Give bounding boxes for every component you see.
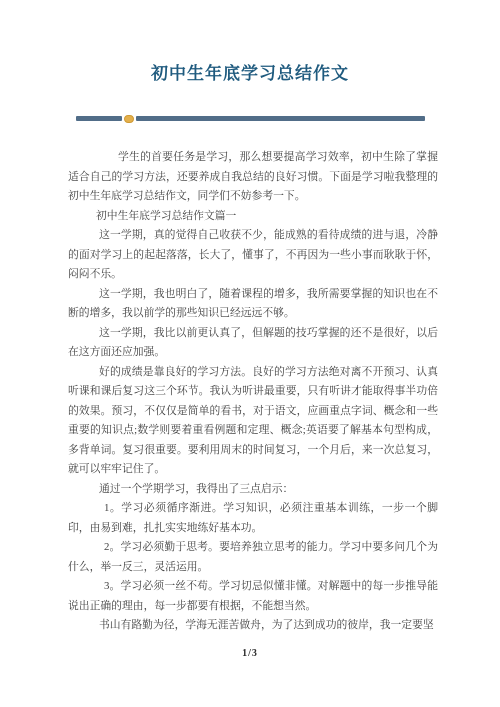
divider-left-segment [76, 116, 122, 121]
divider-dot-icon [124, 115, 134, 123]
document-body: 学生的首要任务是学习，那么想要提高学习效率，初中生除了掌握适合自己的学习方法，还… [68, 148, 438, 636]
document-page: 初中生年底学习总结作文 学生的首要任务是学习，那么想要提高学习效率，初中生除了掌… [0, 0, 500, 707]
paragraph-numbered: 1。学习必须循序渐进。学习知识，必须注重基本训练，一步一个脚印，由易到难，扎扎实… [68, 499, 438, 538]
paragraph-numbered: 2。学习必须勤于思考。要培养独立思考的能力。学习中要多问几个为什么，举一反三，灵… [68, 538, 438, 577]
paragraph-body: 好的成绩是靠良好的学习方法。良好的学习方法绝对离不开预习、认真听课和课后复习这三… [68, 363, 438, 480]
paragraph-body: 这一学期，我比以前更认真了，但解题的技巧掌握的还不是很好，以后在这方面还应加强。 [68, 324, 438, 363]
divider-right-segment [136, 116, 425, 121]
page-number: 1/3 [0, 648, 500, 659]
paragraph-numbered: 3。学习必须一丝不苟。学习切忌似懂非懂。对解题中的每一步推导能说出正确的理由，每… [68, 577, 438, 616]
paragraph-subtitle: 初中生年底学习总结作文篇一 [68, 207, 438, 227]
paragraph-body: 这一学期，我也明白了，随着课程的增多，我所需要掌握的知识也在不断的增多，我以前学… [68, 285, 438, 324]
paragraph-intro: 学生的首要任务是学习，那么想要提高学习效率，初中生除了掌握适合自己的学习方法，还… [68, 148, 438, 207]
page-title: 初中生年底学习总结作文 [0, 62, 500, 86]
title-divider [76, 114, 425, 123]
paragraph-body: 通过一个学期学习，我得出了三点启示： [68, 480, 438, 500]
paragraph-body: 书山有路勤为径，学海无涯苦做舟，为了达到成功的彼岸，我一定要坚 [68, 616, 438, 636]
paragraph-body: 这一学期，真的觉得自己收获不少，能成熟的看待成绩的进与退，冷静的面对学习上的起起… [68, 226, 438, 285]
